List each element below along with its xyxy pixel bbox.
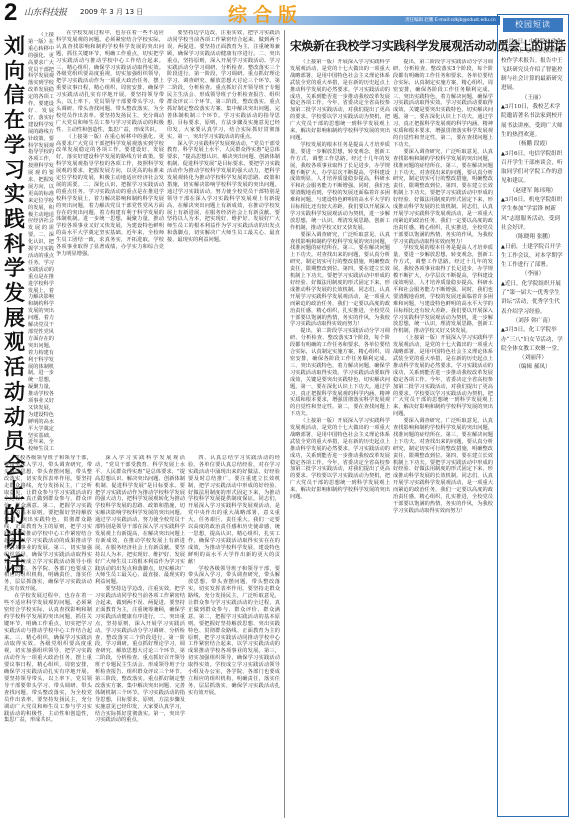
paragraph: 学校各级领导班子和领导干部，要带头深入学习，带头调查研究，带头解放思想，带头查摆… [4,455,92,593]
brief-credit: （李丽） [501,270,565,279]
brief-text: 近日，化学院组织开展了“第一届大一优秀学生讲坛”活动，优秀学生代表介绍学习经验。 [501,281,561,315]
sidebar-text: ▲3月9日，中科院自动化研究所王飞跃研究员到我校作学术报告。报告中王飞跃研究员介… [501,38,565,813]
paragraph: 深入学习实践科学发展观活动，“党员干部受教育、科学发展上水平、人民群众得实惠”是… [95,455,185,586]
paragraph: 要深入调查研究，广泛听取意见，认真查找影响和制约学校科学发展的突出问题，找准问题… [393,149,493,246]
brief-text: 3月10日，我校艺术学院邀请著名书法家到校开展书法讲座，受到广大师生的热烈欢迎。 [501,104,563,138]
paragraph: （上接第一版）在重心转移中的强化、更高要求广大党员干部把科学发展观落实到学校改革… [28,32,54,452]
brief-text: 3月6日，电信学院组织召开学生干部座谈会，听取同学们对学院工作的意见和建议。 [501,151,563,185]
paragraph: （上接第一版）开展深入学习实践科学发展观活动，是党的十七大做出的一项重大战略部署… [393,335,493,418]
brief-item: ▲3月6日，电信学院组织召开学生干部座谈会，听取同学们对学院工作的意见和建议。（… [501,150,565,196]
brief-item: ▲日前，土建学院召开学生工作会议，对本学期学生工作进行了部署。（李丽） [501,243,565,280]
paragraph: 四、认真总结学习实践活动的经验。各单位要认真总结经验，对在学习实践活动中涌现出来… [188,455,280,566]
right-article-headline: 宋焕新在我校学习实践科学发展观活动动员会上的讲话 [290,37,495,54]
paragraph: 深入学习实践科学发展观活动，“党员干部受教育、科学发展上水平、人民群众得实惠”是… [167,141,280,245]
editor-line: 责任编辑 赵鹏 E-mail:sdkjb@sdust.edu.cn [405,17,496,23]
masthead: 2 山东科技报 2009 年 3 月 13 日 综合版 责任编辑 赵鹏 E-ma… [0,0,570,28]
brief-item: ▲3月9日，中科院自动化研究所王飞跃研究员到我校作学术报告。报告中王飞跃研究员介… [501,38,565,103]
brief-credit: （王丽） [501,94,565,103]
brief-credit: （赵建军 陈玮翔） [501,187,565,196]
paragraph: 在学校发展过程中，也存在着一些不适应科学发展观的问题。必须紧密结合学校实际，认真… [56,30,164,134]
left-article-col-4: 学校各级领导班子和领导干部，要带头深入学习，带头调查研究，带头解放思想，带头查摆… [4,455,92,817]
paragraph: 要深入调查研究，广泛听取意见，认真查找影响和制约学校科学发展的突出问题，找准问题… [393,418,493,515]
paragraph: （上接第一版）在重心转移中的强化、更高要求广大党员干部把科学发展观落实到学校改革… [56,134,164,258]
brief-credit: （刘丽萍） [501,354,565,363]
brief-item: ▲3月6日，机电学院组织学生参加“学雷锋 树新风”志愿服务活动，受到社会好评。（… [501,196,565,242]
paragraph: 要坚持边学边改，注重实效，把学习实践活动同学校当前各项工作紧密结合起来，做到两不… [167,30,280,141]
page-number: 2 [4,1,17,25]
brief-credit: （杨鹏 段霞） [501,140,565,149]
sidebar-campus-briefs: 校园短读 ▲3月9日，中科院自动化研究所王飞跃研究员到我校作学术报告。报告中王飞… [497,0,570,820]
paragraph: 学校发展的根本任务是提高人才培养质量，要进一步解放思想，转变观念，创新工作方式，… [290,142,390,232]
right-article-col-1: （上接第一版）开展深入学习实践科学发展观活动，是党的十七大做出的一项重大战略部署… [290,59,390,817]
paragraph: 学校各级领导班子和领导干部，要带头深入学习，带头调查研究，带头解放思想，带头查摆… [188,566,280,697]
left-article-col-3: 要坚持边学边改，注重实效，把学习实践活动同学校当前各项工作紧密结合起来，做到两不… [167,30,280,450]
left-article-col-1: （上接第一版）在重心转移中的强化、更高要求广大党员干部把科学发展观落实到学校改革… [28,32,54,452]
brief-credit: （陈晓翔 张鹏） [501,233,565,242]
paragraph: （上接第一版）开展深入学习实践科学发展观活动，是党的十七大做出的一项重大战略部署… [290,418,390,501]
paragraph: 学校发展的根本任务是提高人才培养质量，要进一步解放思想，转变观念，创新工作方式，… [393,245,493,335]
brief-credit: （刘莎 韩广南） [501,317,565,326]
left-article-col-2: 在学校发展过程中，也存在着一些不适应科学发展观的问题。必须紧密结合学校实际，认真… [56,30,164,450]
paragraph: 要坚持边学边改，注重实效，把学习实践活动同学校当前各项工作紧密结合起来，做到两不… [95,586,185,724]
section-title: 综合版 [228,0,303,27]
column-divider [284,30,285,818]
sidebar-editor: （编辑 郝凤） [501,363,565,372]
brief-item: ▲3月5日，化工学院举办“三八”妇女节活动，学院全体女教工欢聚一堂。（刘丽萍） [501,326,565,363]
right-article-col-2: 提出，第二阶段学习实践活动分学习调研、分析检查、整改落实3个阶段，每个阶段都有明… [393,59,493,817]
sidebar-tag: 校园短读 [503,18,563,32]
brief-text: 3月6日，机电学院组织学生参加“学雷锋 树新风”志愿服务活动，受到社会好评。 [501,197,562,231]
paper-name-logo: 山东科技报 [24,5,67,18]
brief-text: 3月5日，化工学院举办“三八”妇女节活动，学院全体女教工欢聚一堂。 [501,327,563,352]
left-article-col-5: 深入学习实践科学发展观活动，“党员干部受教育、科学发展上水平、人民群众得实惠”是… [95,455,185,817]
brief-item: ▲3月10日，我校艺术学院邀请著名书法家到校开展书法讲座，受到广大师生的热烈欢迎… [501,103,565,149]
paragraph: （上接第一版）开展深入学习实践科学发展观活动，是党的十七大做出的一项重大战略部署… [290,59,390,142]
brief-text: 日前，土建学院召开学生工作会议，对本学期学生工作进行了部署。 [501,244,563,269]
brief-text: 3月9日，中科院自动化研究所王飞跃研究员到我校作学术报告。报告中王飞跃研究员介绍… [501,39,563,91]
paragraph: 要深入调查研究，广泛听取意见，认真查找影响和制约学校科学发展的突出问题，找准问题… [290,232,390,329]
paragraph: 提出，第二阶段学习实践活动分学习调研、分析检查、整改落实3个阶段，每个阶段都有明… [393,59,493,149]
brief-item: ▲近日，化学院组织开展了“第一届大一优秀学生讲坛”活动，优秀学生代表介绍学习经验… [501,280,565,326]
paragraph: 提出，第二阶段学习实践活动分学习调研、分析检查、整改落实3个阶段，每个阶段都有明… [290,328,390,418]
paragraph: 在学校发展过程中，也存在着一些不适应科学发展观的问题。必须紧密结合学校实际，认真… [4,593,92,724]
left-article-col-6: 四、认真总结学习实践活动的经验。各单位要认真总结经验，对在学习实践活动中涌现出来… [188,455,280,817]
